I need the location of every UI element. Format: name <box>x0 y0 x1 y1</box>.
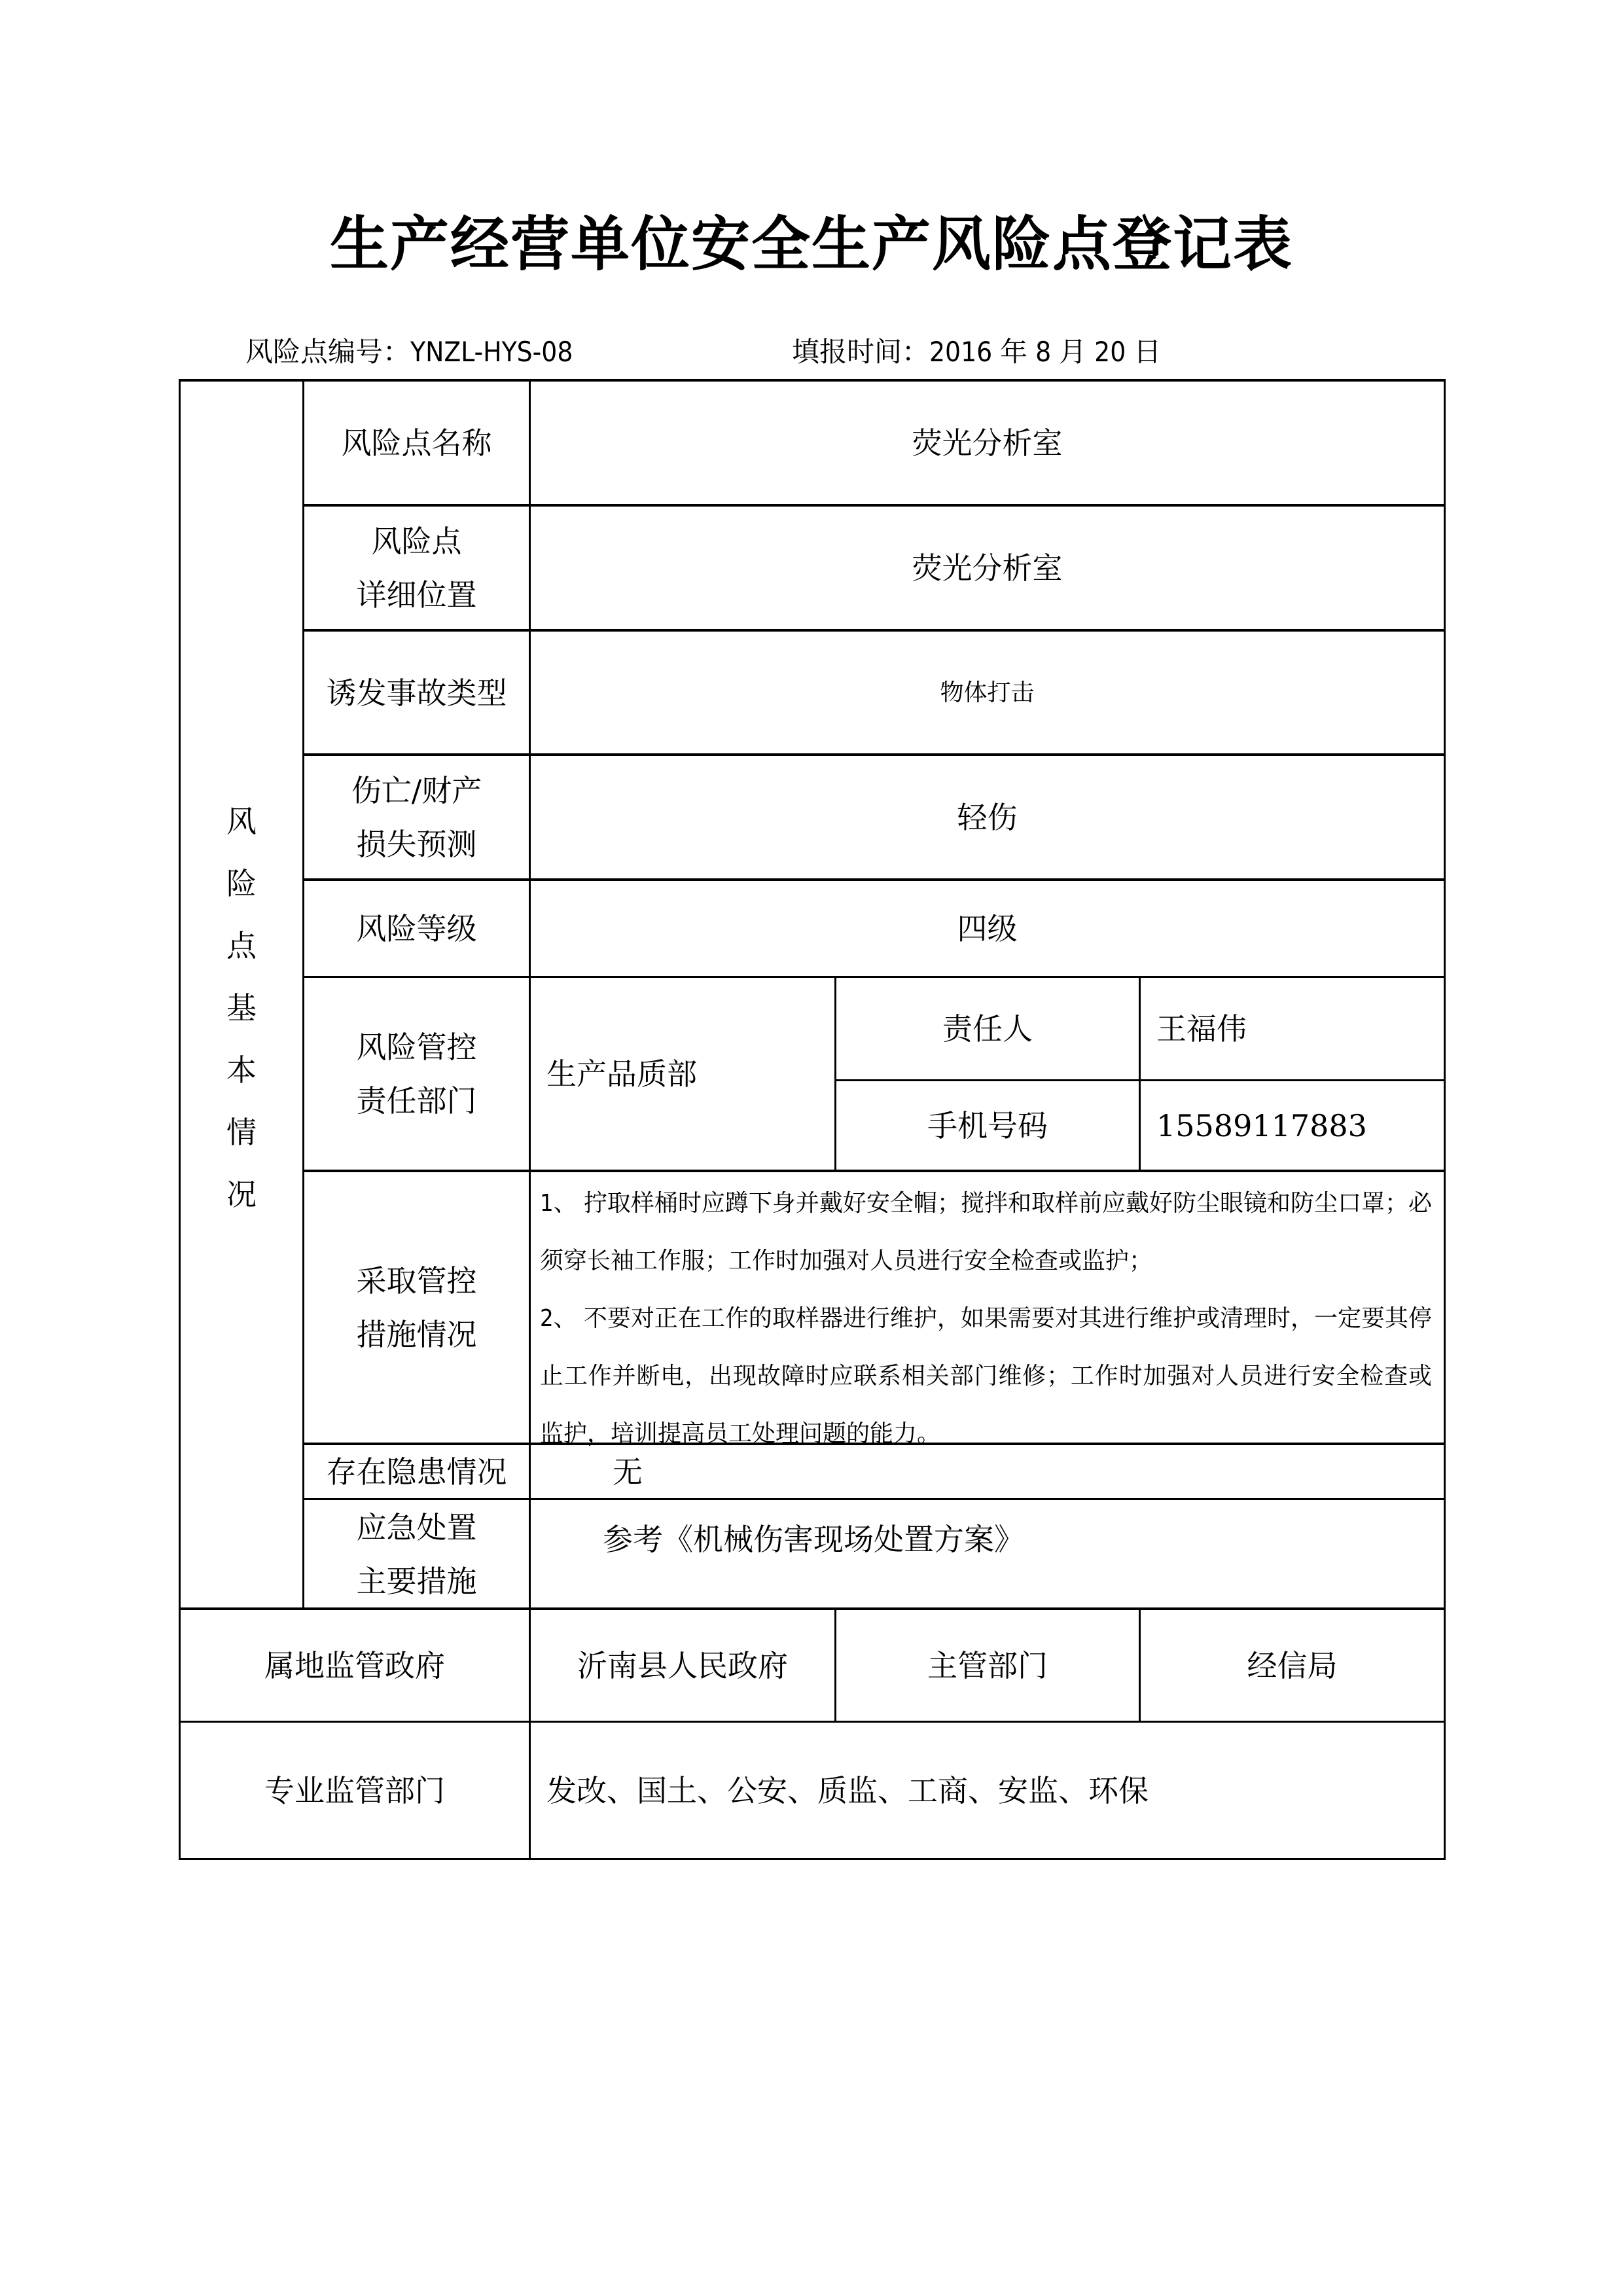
label-line: 应急处置 <box>357 1501 477 1554</box>
fill-date-label: 填报时间： <box>792 336 929 368</box>
side-label-char: 险 <box>226 853 257 915</box>
side-label-char: 基 <box>226 977 257 1039</box>
label-local-gov: 属地监管政府 <box>181 1610 529 1721</box>
label-line: 伤亡/财产 <box>351 764 482 817</box>
measure-item-2: 2、 不要对正在工作的取样器进行维护，如果需要对其进行维护或清理时，一定要其停止… <box>540 1290 1432 1463</box>
value-existing-hazards: 无 <box>531 1445 1444 1499</box>
label-line: 损失预测 <box>357 817 477 871</box>
fill-date-value: 2016 年 8 月 20 日 <box>929 336 1161 368</box>
label-line: 采取管控 <box>357 1254 477 1308</box>
label-control-measures: 采取管控 措施情况 <box>304 1172 529 1443</box>
value-risk-level: 四级 <box>531 881 1444 977</box>
value-responsible-dept: 生产品质部 <box>531 978 834 1170</box>
value-competent-authority: 经信局 <box>1141 1610 1444 1721</box>
fill-date: 填报时间：2016 年 8 月 20 日 <box>792 331 1161 370</box>
label-line: 主要措施 <box>357 1554 477 1608</box>
side-label-char: 情 <box>226 1102 257 1164</box>
label-emergency-measures: 应急处置 主要措施 <box>304 1500 529 1608</box>
label-existing-hazards: 存在隐患情况 <box>304 1445 529 1499</box>
label-risk-point-name: 风险点名称 <box>304 382 529 505</box>
side-label-basic-info: 风 险 点 基 本 情 况 <box>181 792 302 1224</box>
label-line: 措施情况 <box>357 1308 477 1361</box>
label-specialized-regulators: 专业监管部门 <box>181 1723 529 1859</box>
label-risk-level: 风险等级 <box>304 881 529 977</box>
measure-item-1: 1、 拧取样桶时应蹲下身并戴好安全帽；搅拌和取样前应戴好防尘眼镜和防尘口罩；必须… <box>540 1175 1432 1290</box>
value-risk-point-location: 荧光分析室 <box>531 507 1444 630</box>
label-accident-type: 诱发事故类型 <box>304 632 529 754</box>
page-title: 生产经营单位安全生产风险点登记表 <box>0 196 1623 281</box>
label-risk-point-location: 风险点 详细位置 <box>304 507 529 630</box>
side-label-char: 点 <box>226 915 257 977</box>
label-line: 详细位置 <box>357 568 477 622</box>
side-label-char: 本 <box>226 1039 257 1102</box>
value-specialized-regulators: 发改、国土、公安、质监、工商、安监、环保 <box>531 1723 1444 1859</box>
value-accident-type: 物体打击 <box>531 632 1444 754</box>
label-loss-forecast: 伤亡/财产 损失预测 <box>304 756 529 879</box>
label-competent-authority: 主管部门 <box>836 1610 1139 1721</box>
label-responsible-person: 责任人 <box>836 978 1139 1080</box>
table-border-right <box>1444 380 1446 1860</box>
value-responsible-person: 王福伟 <box>1141 978 1444 1080</box>
value-local-gov: 沂南县人民政府 <box>531 1610 834 1721</box>
value-loss-forecast: 轻伤 <box>531 756 1444 879</box>
value-control-measures: 1、 拧取样桶时应蹲下身并戴好安全帽；搅拌和取样前应戴好防尘眼镜和防尘口罩；必须… <box>531 1175 1444 1443</box>
label-line: 风险点 <box>372 514 462 568</box>
risk-point-number-label: 风险点编号： <box>245 336 410 368</box>
label-line: 风险管控 <box>357 1020 477 1074</box>
side-label-char: 况 <box>226 1164 257 1226</box>
value-emergency-measures: 参考《机械伤害现场处置方案》 <box>531 1500 1444 1579</box>
label-phone: 手机号码 <box>836 1081 1139 1170</box>
risk-point-number: 风险点编号：YNZL-HYS-08 <box>245 331 573 370</box>
label-line: 责任部门 <box>357 1074 477 1128</box>
label-responsible-dept: 风险管控 责任部门 <box>304 978 529 1170</box>
risk-point-number-value: YNZL-HYS-08 <box>410 336 573 368</box>
side-label-char: 风 <box>226 791 257 853</box>
value-risk-point-name: 荧光分析室 <box>531 382 1444 505</box>
value-phone: 15589117883 <box>1141 1081 1444 1170</box>
